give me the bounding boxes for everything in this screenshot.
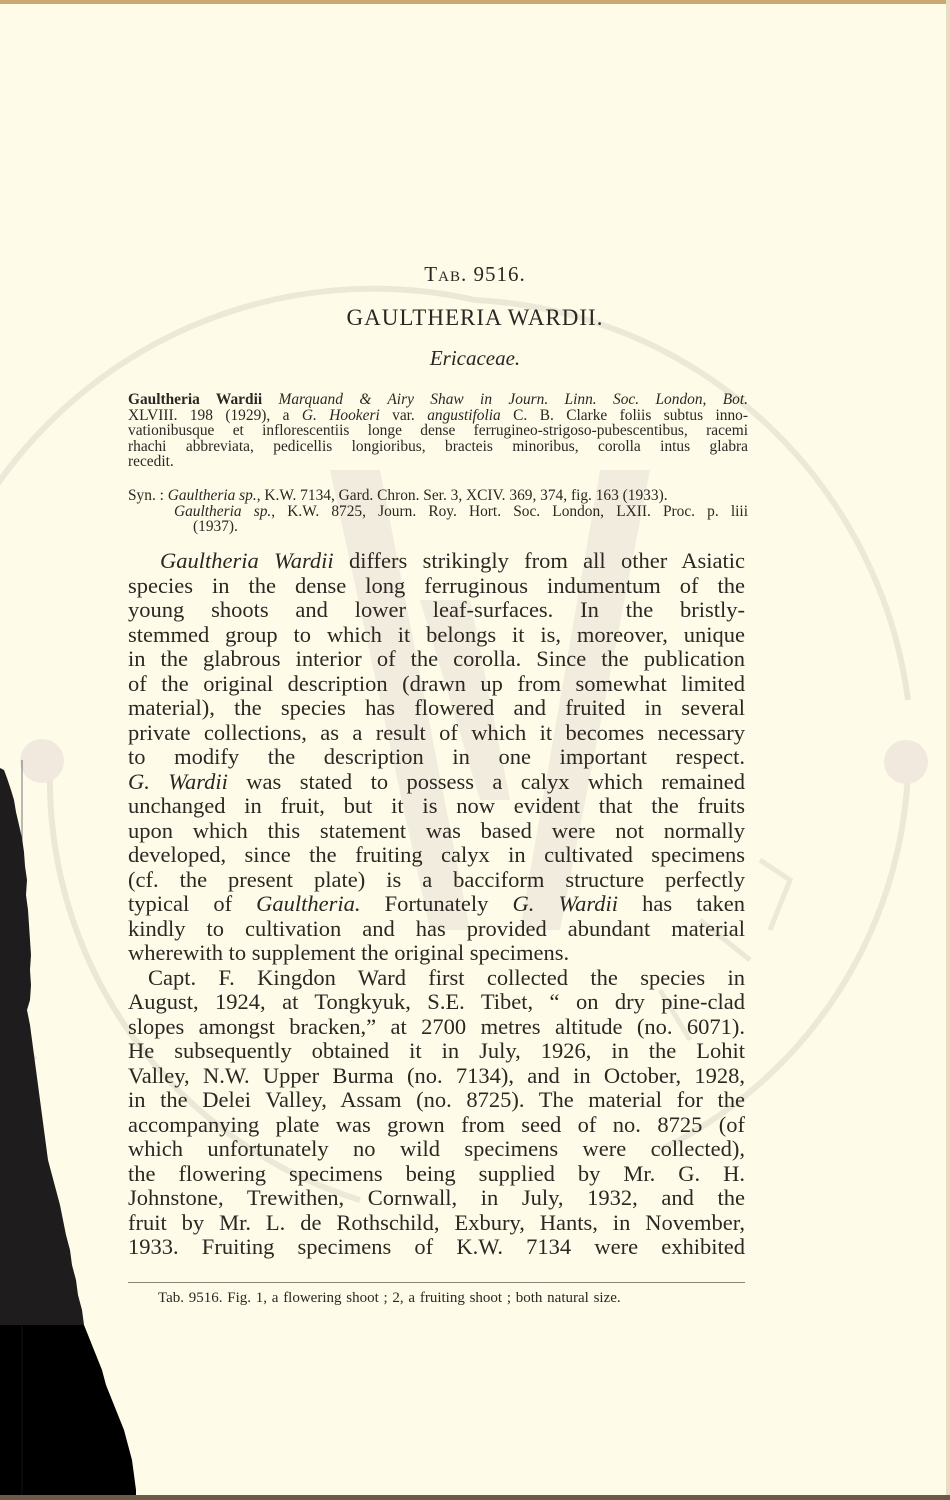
body-line: to modify the description in one importa… xyxy=(128,745,745,770)
text-span: material), the species has flowered and … xyxy=(128,695,745,720)
body-line: developed, since the fruiting calyx in c… xyxy=(128,843,745,868)
text-span: 1933. Fruiting specimens of K.W. 7134 we… xyxy=(128,1234,745,1259)
text-span: Capt. F. Kingdon Ward first collected th… xyxy=(148,965,745,990)
latin-diagnosis: Gaultheria Wardii Marquand & Airy Shaw i… xyxy=(128,392,748,470)
body-line: G. Wardii was stated to possess a calyx … xyxy=(128,770,745,795)
page-top-edge xyxy=(0,0,950,4)
body-line: in the glabrous interior of the corolla.… xyxy=(128,647,745,672)
synonym-name: Gaultheria sp. xyxy=(168,487,257,504)
text-span: was stated to possess a calyx which rema… xyxy=(228,769,745,794)
diagnosis-line: rhachi abbreviata, pedicellis longioribu… xyxy=(128,439,748,455)
body-line: of the original description (drawn up fr… xyxy=(128,672,745,697)
text-span: which unfortunately no wild specimens we… xyxy=(128,1136,745,1161)
synonym-label: Syn. : xyxy=(128,487,164,504)
text-span: Fortunately xyxy=(361,891,513,916)
text-span: in the glabrous interior of the corolla.… xyxy=(128,646,745,671)
italic-text: G. Wardii xyxy=(128,769,228,794)
body-text: Gaultheria Wardii differs strikingly fro… xyxy=(128,549,745,1260)
diagnosis-line: Gaultheria Wardii Marquand & Airy Shaw i… xyxy=(128,392,748,408)
synonym-row-2: Gaultheria sp., K.W. 8725, Journ. Roy. H… xyxy=(128,504,748,520)
footnote-divider xyxy=(128,1282,745,1283)
text-span: fruit by Mr. L. de Rothschild, Exbury, H… xyxy=(128,1210,745,1235)
text-span: wherewith to supplement the original spe… xyxy=(128,940,569,965)
body-line: the flowering specimens being supplied b… xyxy=(128,1162,745,1187)
body-line: material), the species has flowered and … xyxy=(128,696,745,721)
text-span: kindly to cultivation and has provided a… xyxy=(128,916,745,941)
synonyms-block: Syn. : Gaultheria sp., K.W. 7134, Gard. … xyxy=(128,488,748,535)
text-span: upon which this statement was based were… xyxy=(128,818,745,843)
text-span: var. xyxy=(380,407,427,424)
text-span: in the Delei Valley, Assam (no. 8725). T… xyxy=(128,1087,745,1112)
body-line: in the Delei Valley, Assam (no. 8725). T… xyxy=(128,1088,745,1113)
diagnosis-line: XLVIII. 198 (1929), a G. Hookeri var. an… xyxy=(128,408,748,424)
text-span: XLVIII. 198 (1929), a xyxy=(128,407,302,424)
text-span: typical of xyxy=(128,891,256,916)
body-line: Johnstone, Trewithen, Cornwall, in July,… xyxy=(128,1186,745,1211)
plate-prefix: Tab. xyxy=(424,262,467,286)
text-span: August, 1924, at Tongkyuk, S.E. Tibet, “… xyxy=(128,989,745,1014)
body-line: Capt. F. Kingdon Ward first collected th… xyxy=(128,966,745,991)
family-name: Ericaceae. xyxy=(0,346,950,371)
species-title: GAULTHERIA WARDII. xyxy=(0,305,950,331)
body-line: August, 1924, at Tongkyuk, S.E. Tibet, “… xyxy=(128,990,745,1015)
italic-text: Marquand & Airy Shaw in Journ. Linn. Soc… xyxy=(279,391,748,408)
text-span: private collections, as a result of whic… xyxy=(128,720,745,745)
text-span: has taken xyxy=(618,891,745,916)
text-span: to modify the description in one importa… xyxy=(128,744,745,769)
body-line: kindly to cultivation and has provided a… xyxy=(128,917,745,942)
body-line: which unfortunately no wild specimens we… xyxy=(128,1137,745,1162)
text-span: the flowering specimens being supplied b… xyxy=(128,1161,745,1186)
text-span: Johnstone, Trewithen, Cornwall, in July,… xyxy=(128,1185,745,1210)
body-line: wherewith to supplement the original spe… xyxy=(128,941,745,966)
text-span: C. B. Clarke foliis subtus inno- xyxy=(501,407,748,424)
text-span: He subsequently obtained it in July, 192… xyxy=(128,1038,745,1063)
text-span: young shoots and lower leaf-surfaces. In… xyxy=(128,597,745,622)
diagnosis-line: recedit. xyxy=(128,454,748,470)
text-span: stemmed group to which it belongs it is,… xyxy=(128,622,745,647)
plate-number-value: 9516. xyxy=(473,262,525,286)
text-span: of the original description (drawn up fr… xyxy=(128,671,745,696)
body-line: unchanged in fruit, but it is now eviden… xyxy=(128,794,745,819)
text-span: vationibusque et inflorescentiis longe d… xyxy=(128,422,748,439)
synonym-citation-continuation: (1937). xyxy=(193,518,238,535)
italic-text: G. Wardii xyxy=(512,891,618,916)
text-span: unchanged in fruit, but it is now eviden… xyxy=(128,793,745,818)
body-line: (cf. the present plate) is a bacciform s… xyxy=(128,868,745,893)
page-bottom-edge xyxy=(0,1495,950,1500)
text-span: (cf. the present plate) is a bacciform s… xyxy=(128,867,745,892)
text-span: differs strikingly from all other Asiati… xyxy=(334,548,745,573)
text-span: slopes amongst bracken,” at 2700 metres … xyxy=(128,1014,745,1039)
synonym-row-1: Syn. : Gaultheria sp., K.W. 7134, Gard. … xyxy=(128,488,748,504)
body-line: typical of Gaultheria. Fortunately G. Wa… xyxy=(128,892,745,917)
text-span: species in the dense long ferruginous in… xyxy=(128,573,745,598)
plate-caption: Tab. 9516. Fig. 1, a flowering shoot ; 2… xyxy=(158,1290,748,1307)
body-line: fruit by Mr. L. de Rothschild, Exbury, H… xyxy=(128,1211,745,1236)
text-span: Valley, N.W. Upper Burma (no. 7134), and… xyxy=(128,1063,745,1088)
synonym-citation: , K.W. 7134, Gard. Chron. Ser. 3, XCIV. … xyxy=(257,487,668,504)
italic-text: angustifolia xyxy=(427,407,501,424)
body-line: private collections, as a result of whic… xyxy=(128,721,745,746)
body-line: accompanying plate was grown from seed o… xyxy=(128,1113,745,1138)
body-line: slopes amongst bracken,” at 2700 metres … xyxy=(128,1015,745,1040)
body-line: young shoots and lower leaf-surfaces. In… xyxy=(128,598,745,623)
italic-text: Gaultheria Wardii xyxy=(160,548,334,573)
text-span: developed, since the fruiting calyx in c… xyxy=(128,842,745,867)
diagnosis-line: vationibusque et inflorescentiis longe d… xyxy=(128,423,748,439)
plate-number: Tab. 9516. xyxy=(0,262,950,287)
synonym-row-3: (1937). xyxy=(128,519,748,535)
body-line: 1933. Fruiting specimens of K.W. 7134 we… xyxy=(128,1235,745,1260)
body-line: Gaultheria Wardii differs strikingly fro… xyxy=(128,549,745,574)
italic-text: Gaultheria. xyxy=(256,891,360,916)
scanned-page: Tab. 9516. GAULTHERIA WARDII. Ericaceae.… xyxy=(0,0,950,1500)
text-span: accompanying plate was grown from seed o… xyxy=(128,1112,745,1137)
text-span: rhachi abbreviata, pedicellis longioribu… xyxy=(128,438,748,455)
body-line: species in the dense long ferruginous in… xyxy=(128,574,745,599)
text-span: recedit. xyxy=(128,453,174,470)
synonym-citation: , K.W. 8725, Journ. Roy. Hort. Soc. Lond… xyxy=(271,503,748,520)
italic-text: G. Hookeri xyxy=(302,407,380,424)
synonym-name: Gaultheria sp. xyxy=(174,503,271,520)
page-right-edge xyxy=(946,0,950,1500)
body-line: upon which this statement was based were… xyxy=(128,819,745,844)
species-name-bold: Gaultheria Wardii xyxy=(128,391,279,408)
body-line: Valley, N.W. Upper Burma (no. 7134), and… xyxy=(128,1064,745,1089)
body-line: stemmed group to which it belongs it is,… xyxy=(128,623,745,648)
body-line: He subsequently obtained it in July, 192… xyxy=(128,1039,745,1064)
